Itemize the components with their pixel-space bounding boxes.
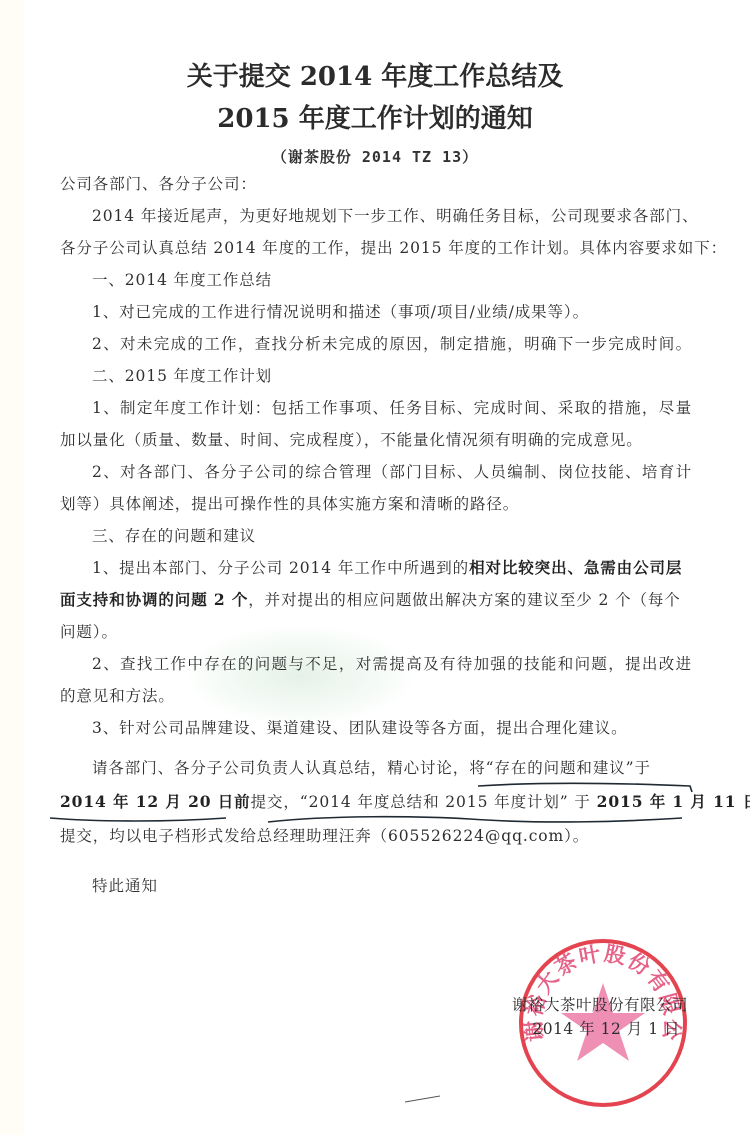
scan-margin-strip [0,0,24,1135]
section2-item2-line1: 2、对各部门、各分子公司的综合管理（部门目标、人员编制、岗位技能、培育计 [92,462,692,482]
section3-item1-line2: 面支持和协调的问题 2 个，并对提出的相应问题做出解决方案的建议至少 2 个（每… [60,590,692,610]
section3-item1-line3: 问题）。 [60,622,692,642]
submission-prefix: 请各部门、各分子公司负责人认真总结，精心讨论， [92,759,469,777]
section2-item1-line1: 1、制定年度工作计划：包括工作事项、任务目标、完成时间、采取的措施，尽量 [92,398,692,418]
section-heading-1: 一、2014 年度工作总结 [92,270,692,290]
signature-company: 谢裕大茶叶股份有限公司 [512,993,688,1015]
document-number: （谢茶股份 2014 TZ 13） [0,146,750,167]
submission-line2: 2014 年 12 月 20 日前提交，“2014 年度总结和 2015 年度计… [60,792,692,812]
signature-date: 2014 年 12 月 1 日 [532,1017,680,1039]
scanned-document-page: 关于提交 2014 年度工作总结及 2015 年度工作计划的通知 （谢茶股份 2… [0,0,750,1135]
section3-item1-rest: ，并对提出的相应问题做出解决方案的建议至少 2 个（每个 [248,591,680,609]
section2-item1-line2: 加以量化（质量、数量、时间、完成程度），不能量化情况须有明确的完成意见。 [60,430,692,450]
document-title-line1: 关于提交 2014 年度工作总结及 [0,56,750,93]
submission-underlined-a: 将“存在的问题和建议”于 [469,759,651,777]
intro-line-1: 2014 年接近尾声，为更好地规划下一步工作、明确任务目标，公司现要求各部门、 [92,206,692,226]
section3-item2-line1: 2、查找工作中存在的问题与不足，对需提高及有待加强的技能和问题，提出改进 [92,654,692,674]
section3-item3: 3、针对公司品牌建设、渠道建设、团队建设等各方面，提出合理化建议。 [92,718,692,738]
section3-item1-emphasis-b: 面支持和协调的问题 2 个 [60,590,248,609]
intro-line-2: 各分子公司认真总结 2014 年度的工作，提出 2015 年度的工作计划。具体内… [60,238,692,258]
section1-item2: 2、对未完成的工作，查找分析未完成的原因，制定措施，明确下一步完成时间。 [92,334,692,354]
bleed-through-watermark [190,628,410,723]
submission-mid-1: 提交， [251,793,300,811]
submission-mid-2: 于 [569,793,597,811]
document-title-line2: 2015 年度工作计划的通知 [0,98,750,135]
section-heading-2: 二、2015 年度工作计划 [92,366,692,386]
section3-item1-emphasis-a: 相对比较突出、急需由公司层 [469,558,682,577]
submission-line3: 提交，均以电子档形式发给总经理助理汪奔（605526224@qq.com）。 [60,826,692,846]
deadline-2: 2015 年 1 月 11 日前 [597,792,750,811]
section2-item2-line2: 划等）具体阐述，提出可操作性的具体实施方案和清晰的路径。 [60,494,692,514]
section3-item1-line1: 1、提出本部门、分子公司 2014 年工作中所遇到的相对比较突出、急需由公司层 [92,558,692,578]
section3-item1-prefix: 1、提出本部门、分子公司 2014 年工作中所遇到的 [92,559,469,577]
salutation: 公司各部门、各分子公司： [60,174,692,194]
submission-line1: 请各部门、各分子公司负责人认真总结，精心讨论，将“存在的问题和建议”于 [92,758,692,778]
section3-item2-line2: 的意见和方法。 [60,686,692,706]
closing-text: 特此通知 [92,874,158,896]
deadline-1: 2014 年 12 月 20 日前 [60,792,251,811]
section1-item1: 1、对已完成的工作进行情况说明和描述（事项/项目/业绩/成果等）。 [92,302,692,322]
section-heading-3: 三、存在的问题和建议 [92,526,692,546]
submission-quote: “2014 年度总结和 2015 年度计划” [300,793,569,811]
